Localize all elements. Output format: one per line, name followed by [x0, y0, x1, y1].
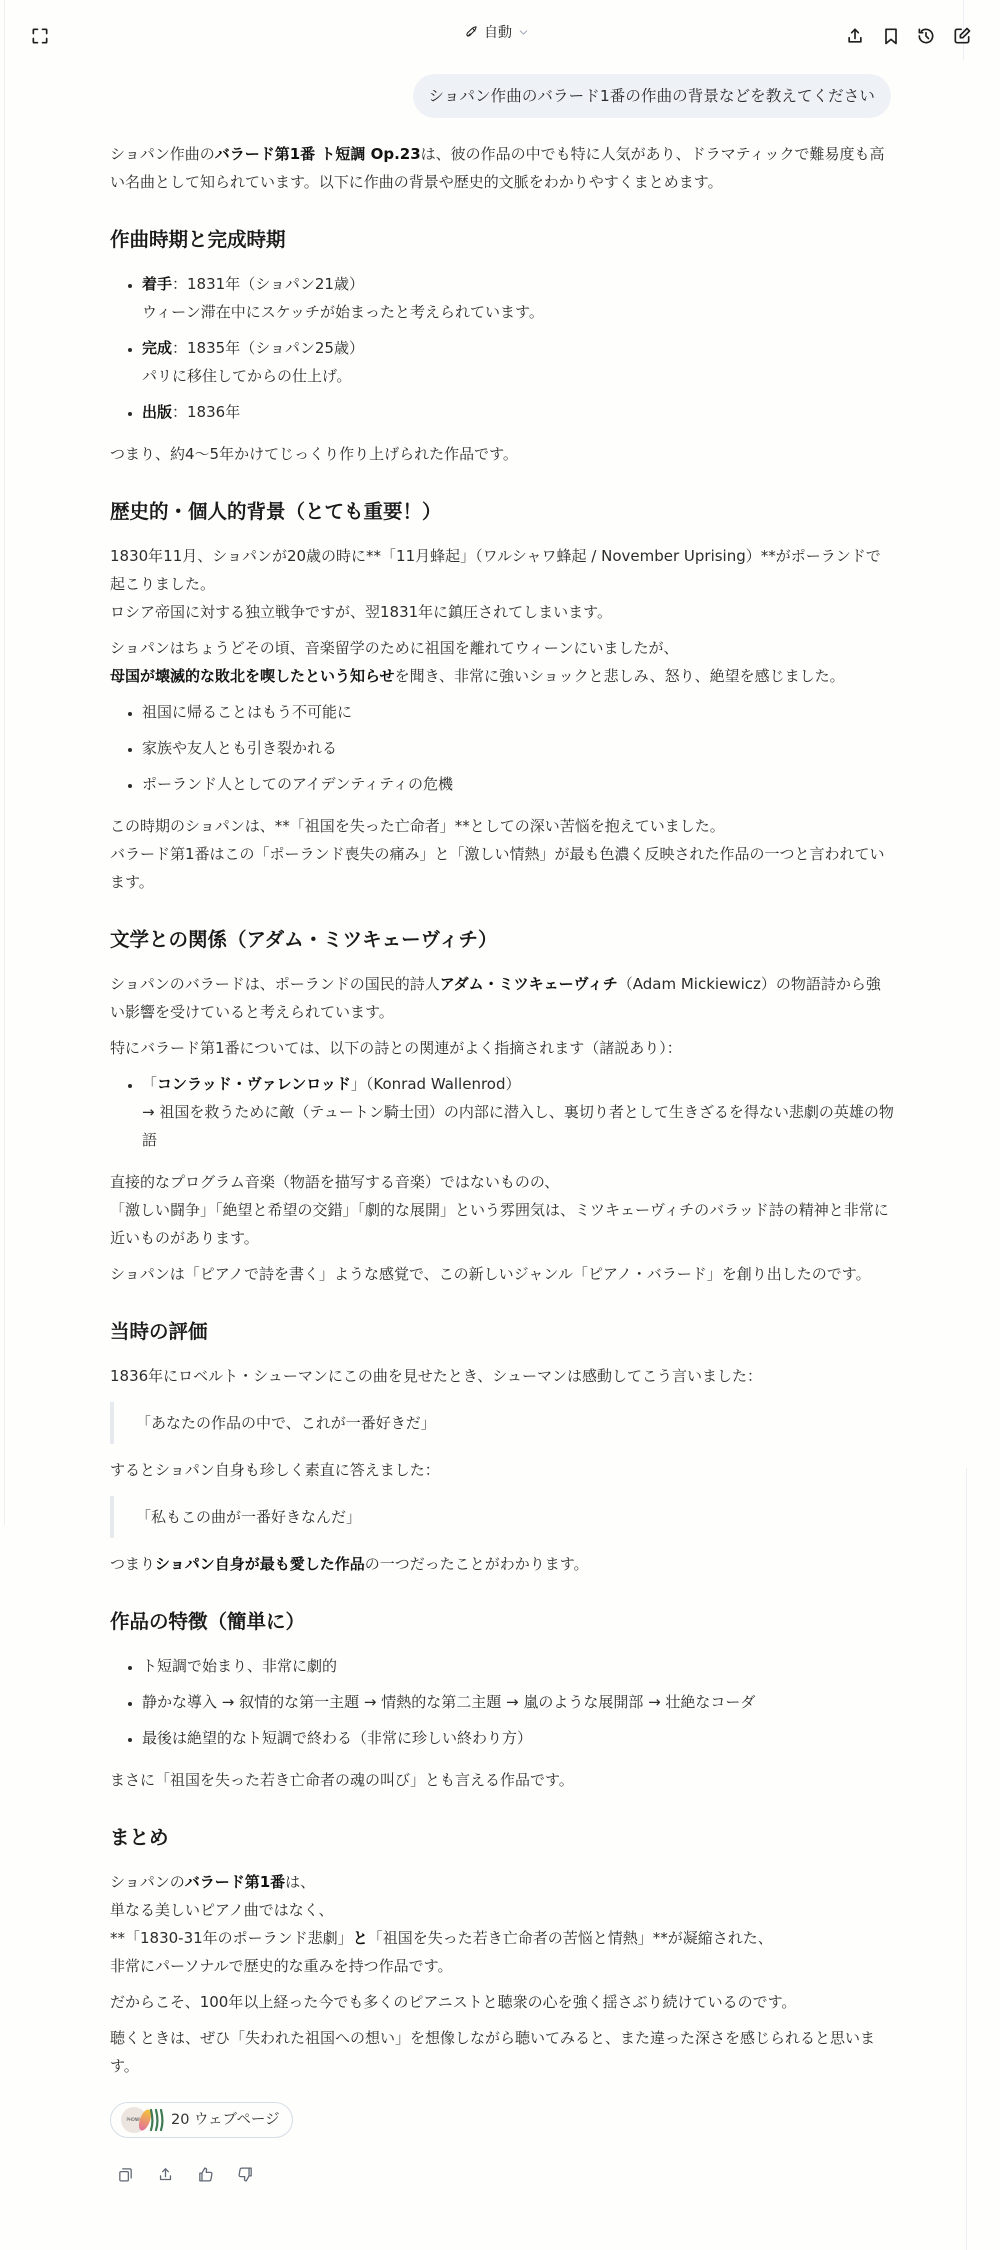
text: 非常にパーソナルで歴史的な重みを持つ作品です。: [110, 1957, 452, 1975]
list-item: 出版：1836年: [142, 398, 895, 426]
paragraph: まさに「祖国を失った若き亡命者の魂の叫び」とも言える作品です。: [110, 1766, 895, 1794]
paragraph: 1830年11月、ショパンが20歳の時に**「11月蜂起」（ワルシャワ蜂起 / …: [110, 542, 895, 626]
list-item: 完成：1835年（ショパン25歳）パリに移住してからの仕上げ。: [142, 334, 895, 390]
paragraph: 1836年にロベルト・シューマンにこの曲を見せたとき、シューマンは感動してこう言…: [110, 1362, 895, 1390]
paragraph: ショパンのバラードは、ポーランドの国民的詩人アダム・ミツキェーヴィチ（Adam …: [110, 970, 895, 1026]
impact-list: 祖国に帰ることはもう不可能に 家族や友人とも引き裂かれる ポーランド人としてのア…: [110, 698, 895, 798]
intro-paragraph: ショパン作曲のバラード第1番 ト短調 Op.23は、彼の作品の中でも特に人気があ…: [110, 140, 895, 196]
item-label: 出版: [142, 403, 172, 421]
share-button[interactable]: [843, 24, 867, 48]
new-chat-icon: [952, 26, 972, 46]
item-value: ：1836年: [172, 403, 240, 421]
text: 1830年11月、ショパンが20歳の時に**「11月蜂起」（ワルシャワ蜂起 / …: [110, 547, 881, 593]
section-heading: 作曲時期と完成時期: [110, 226, 895, 254]
user-message-bubble: ショパン作曲のバラード1番の作曲の背景などを教えてください: [413, 74, 891, 118]
bookmark-icon: [881, 26, 901, 46]
item-value: ：1831年（ショパン21歳）: [172, 275, 364, 293]
thumbs-down-button[interactable]: [235, 2164, 255, 2184]
item-label: 完成: [142, 339, 172, 357]
fullscreen-icon: [30, 26, 50, 46]
item-label: 着手: [142, 275, 172, 293]
section-heading: 文学との関係（アダム・ミツキェーヴィチ）: [110, 926, 895, 954]
list-item: ト短調で始まり、非常に劇的: [142, 1652, 895, 1680]
section-heading: まとめ: [110, 1824, 895, 1852]
paragraph: 直接的なプログラム音楽（物語を描写する音楽）ではないものの、「激しい闘争」「絶望…: [110, 1168, 895, 1252]
paragraph: つまりショパン自身が最も愛した作品の一つだったことがわかります。: [110, 1550, 895, 1578]
section-heading: 当時の評価: [110, 1318, 895, 1346]
text: 直接的なプログラム音楽（物語を描写する音楽）ではないものの、: [110, 1173, 559, 1191]
text: 単なる美しいピアノ曲ではなく、: [110, 1901, 334, 1919]
item-value: ：1835年（ショパン25歳）: [172, 339, 364, 357]
bold-text: アダム・ミツキェーヴィチ: [440, 975, 618, 993]
message-actions: [110, 2164, 895, 2184]
intro-text: ショパン作曲の: [110, 145, 215, 163]
item-note: パリに移住してからの仕上げ。: [142, 367, 351, 385]
list-item: 静かな導入 → 叙情的な第一主題 → 情熱的な第二主題 → 嵐のような展開部 →…: [142, 1688, 895, 1716]
thumbs-up-icon: [197, 2166, 214, 2183]
share-icon: [845, 26, 865, 46]
section-heading: 歴史的・個人的背景（とても重要！）: [110, 498, 895, 526]
left-border: [4, 0, 5, 1525]
bold-text: ショパン自身が最も愛した作品: [155, 1555, 365, 1573]
copy-button[interactable]: [115, 2164, 135, 2184]
poem-list: 「コンラッド・ヴァレンロッド」（Konrad Wallenrod）→ 祖国を救う…: [110, 1070, 895, 1154]
paragraph: 聴くときは、ぜひ「失われた祖国への想い」を想像しながら聴いてみると、また違った深…: [110, 2024, 895, 2080]
model-label: 自動: [484, 22, 512, 42]
top-bar: 自動: [0, 0, 1000, 70]
text: ショパンはちょうどその頃、音楽留学のために祖国を離れてウィーンにいましたが、: [110, 639, 679, 657]
section-heading: 作品の特徴（簡単に）: [110, 1608, 895, 1636]
list-item: 祖国に帰ることはもう不可能に: [142, 698, 895, 726]
text: → 祖国を救うために敵（テュートン騎士団）の内部に潜入し、裏切り者として生きざる…: [142, 1103, 894, 1149]
text: 「祖国を失った若き亡命者の苦悩と情熱」**が凝縮された、: [368, 1929, 773, 1947]
paragraph: つまり、約4〜5年かけてじっくり作り上げられた作品です。: [110, 440, 895, 468]
text: ショパンのバラードは、ポーランドの国民的詩人: [110, 975, 440, 993]
list-item: 「コンラッド・ヴァレンロッド」（Konrad Wallenrod）→ 祖国を救う…: [142, 1070, 895, 1154]
history-icon: [916, 26, 936, 46]
text: つまり: [110, 1555, 155, 1573]
sources-label: 20 ウェブページ: [171, 2106, 280, 2134]
text: は、: [285, 1873, 315, 1891]
model-selector[interactable]: 自動: [465, 22, 530, 42]
share-icon: [157, 2166, 174, 2183]
list-item: 家族や友人とも引き裂かれる: [142, 734, 895, 762]
share-answer-button[interactable]: [155, 2164, 175, 2184]
text: 「激しい闘争」「絶望と希望の交錯」「劇的な展開」という雰囲気は、ミツキェーヴィチ…: [110, 1201, 889, 1247]
list-item: ポーランド人としてのアイデンティティの危機: [142, 770, 895, 798]
source-favicons: PHONIM: [121, 2107, 165, 2133]
text: を聞き、非常に強いショックと悲しみ、怒り、絶望を感じました。: [395, 667, 845, 685]
blockquote: 「私もこの曲が一番好きなんだ」: [110, 1496, 895, 1538]
item-note: ウィーン滞在中にスケッチが始まったと考えられています。: [142, 303, 544, 321]
timeline-list: 着手：1831年（ショパン21歳）ウィーン滞在中にスケッチが始まったと考えられて…: [110, 270, 895, 426]
fullscreen-button[interactable]: [28, 24, 52, 48]
paragraph: だからこそ、100年以上経った今でも多くのピアニストと聴衆の心を強く揺さぶり続け…: [110, 1988, 895, 2016]
text: 「: [142, 1075, 157, 1093]
chevron-down-icon: [517, 26, 530, 39]
thumbs-down-icon: [237, 2166, 254, 2183]
quote-text: 「あなたの作品の中で、これが一番好きだ」: [136, 1409, 895, 1437]
rocket-icon: [465, 25, 479, 39]
quote-text: 「私もこの曲が一番好きなんだ」: [136, 1503, 895, 1531]
text: の一つだったことがわかります。: [365, 1555, 589, 1573]
new-chat-button[interactable]: [950, 24, 974, 48]
features-list: ト短調で始まり、非常に劇的 静かな導入 → 叙情的な第一主題 → 情熱的な第二主…: [110, 1652, 895, 1752]
bold-text: と: [353, 1929, 368, 1947]
paragraph: ショパンは「ピアノで詩を書く」ような感覚で、この新しいジャンル「ピアノ・バラード…: [110, 1260, 895, 1288]
text: **「1830-31年のポーランド悲劇」: [110, 1929, 353, 1947]
intro-bold: バラード第1番 ト短調 Op.23: [215, 145, 421, 163]
thumbs-up-button[interactable]: [195, 2164, 215, 2184]
bold-text: コンラッド・ヴァレンロッド: [157, 1075, 351, 1093]
text: この時期のショパンは、**「祖国を失った亡命者」**としての深い苦悩を抱えていま…: [110, 817, 725, 835]
bookmark-button[interactable]: [879, 24, 903, 48]
paragraph: この時期のショパンは、**「祖国を失った亡命者」**としての深い苦悩を抱えていま…: [110, 812, 895, 896]
history-button[interactable]: [914, 24, 938, 48]
text: ショパンの: [110, 1873, 185, 1891]
text: ロシア帝国に対する独立戦争ですが、翌1831年に鎮圧されてしまいます。: [110, 603, 612, 621]
paragraph: ショパンはちょうどその頃、音楽留学のために祖国を離れてウィーンにいましたが、母国…: [110, 634, 895, 690]
paragraph: ショパンのバラード第1番は、 単なる美しいピアノ曲ではなく、 **「1830-3…: [110, 1868, 895, 1980]
bold-text: バラード第1番: [185, 1873, 285, 1891]
leaf-favicon-icon: [147, 2108, 165, 2132]
copy-icon: [117, 2166, 134, 2183]
right-border: [966, 1468, 967, 2250]
text: 」（Konrad Wallenrod）: [351, 1075, 521, 1093]
paragraph: 特にバラード第1番については、以下の詩との関連がよく指摘されます（諸説あり）：: [110, 1034, 895, 1062]
sources-button[interactable]: PHONIM 20 ウェブページ: [110, 2102, 293, 2138]
assistant-answer: ショパン作曲のバラード第1番 ト短調 Op.23は、彼の作品の中でも特に人気があ…: [110, 140, 895, 2184]
list-item: 最後は絶望的なト短調で終わる（非常に珍しい終わり方）: [142, 1724, 895, 1752]
bold-text: 母国が壊滅的な敗北を喫したという知らせ: [110, 667, 395, 685]
blockquote: 「あなたの作品の中で、これが一番好きだ」: [110, 1402, 895, 1444]
text: バラード第1番はこの「ポーランド喪失の痛み」と「激しい情熱」が最も色濃く反映され…: [110, 845, 885, 891]
paragraph: するとショパン自身も珍しく素直に答えました：: [110, 1456, 895, 1484]
list-item: 着手：1831年（ショパン21歳）ウィーン滞在中にスケッチが始まったと考えられて…: [142, 270, 895, 326]
